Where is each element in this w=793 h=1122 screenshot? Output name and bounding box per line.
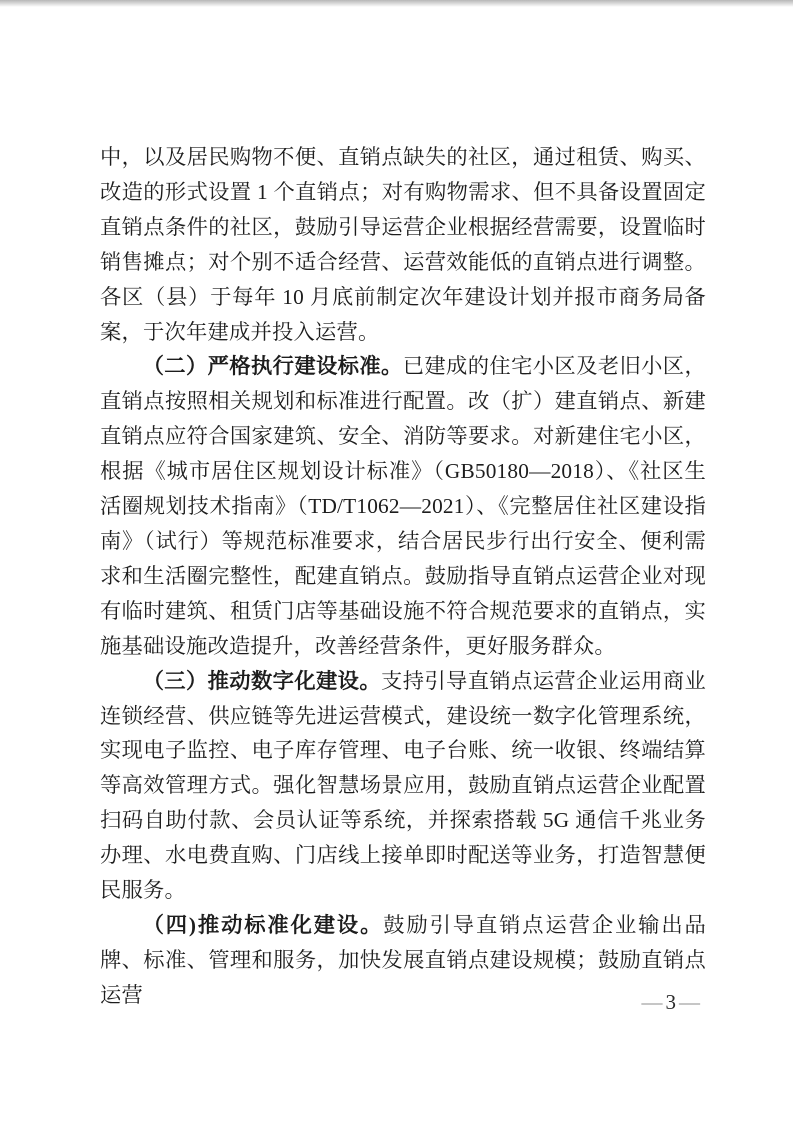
paragraph-text: 中，以及居民购物不便、直销点缺失的社区，通过租赁、购买、改造的形式设置 1 个直… <box>100 145 706 344</box>
paragraph-continuation: 中，以及居民购物不便、直销点缺失的社区，通过租赁、购买、改造的形式设置 1 个直… <box>100 140 706 349</box>
paragraph-item-2: （二）严格执行建设标准。已建成的住宅小区及老旧小区，直销点按照相关规划和标准进行… <box>100 349 706 663</box>
paragraph-heading: （三）推动数字化建设。 <box>143 669 381 693</box>
page-number-right-dash: — <box>676 990 703 1014</box>
paragraph-heading: （二）严格执行建设标准。 <box>143 354 403 378</box>
page-number-value: 3 <box>666 990 677 1014</box>
document-page: 中，以及居民购物不便、直销点缺失的社区，通过租赁、购买、改造的形式设置 1 个直… <box>0 0 793 1122</box>
page-number-left-dash: — <box>639 990 666 1014</box>
paragraph-item-4: （四)推动标准化建设。鼓励引导直销点运营企业输出品牌、标准、管理和服务，加快发展… <box>100 908 706 1013</box>
page-number: —3— <box>639 990 704 1014</box>
paragraph-item-3: （三）推动数字化建设。支持引导直销点运营企业运用商业连锁经营、供应链等先进运营模… <box>100 664 706 908</box>
document-body: 中，以及居民购物不便、直销点缺失的社区，通过租赁、购买、改造的形式设置 1 个直… <box>100 140 706 1013</box>
paragraph-heading: （四)推动标准化建设。 <box>143 913 384 937</box>
scan-edge-shadow <box>0 0 793 7</box>
paragraph-text: 支持引导直销点运营企业运用商业连锁经营、供应链等先进运营模式，建设统一数字化管理… <box>100 669 706 902</box>
paragraph-text: 已建成的住宅小区及老旧小区，直销点按照相关规划和标准进行配置。改（扩）建直销点、… <box>100 354 706 657</box>
